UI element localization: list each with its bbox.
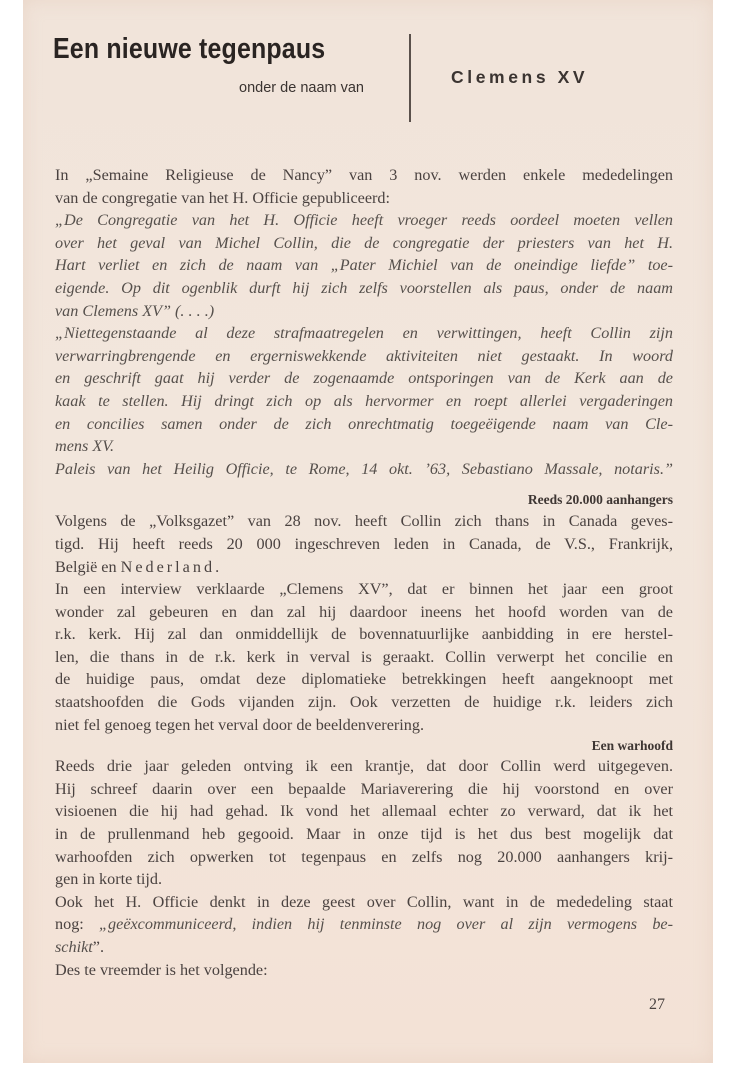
text-line: gen in korte tijd. [55,868,673,891]
article-name-title: Clemens XV [451,67,588,88]
spaced-country-name: Nederland [121,558,215,576]
article-header: Een nieuwe tegenpaus onder de naam van C… [23,0,713,140]
intro-paragraph: In „Semaine Religieuse de Nancy” van 3 n… [55,164,673,209]
text-line: van de congregatie van het H. Officie ge… [55,187,673,210]
text-line: tigd. Hij heeft reeds 20 000 ingeschreve… [55,533,673,556]
text-line: Hij schreef daarin over een bepaalde Mar… [55,778,673,801]
quoted-text: „geëxcommuniceerd, indien hij tenminste … [99,915,673,933]
text-line: „Niettegenstaande al deze strafmaatregel… [55,322,673,345]
quote-paragraph-1: „De Congregatie van het H. Officie heeft… [55,209,673,322]
article-body: In „Semaine Religieuse de Nancy” van 3 n… [55,164,673,981]
text-line: Volgens de „Volksgazet” van 28 nov. heef… [55,510,673,533]
text-line: schikt”. [55,936,673,959]
header-divider [409,34,411,122]
text-line: nog: „geëxcommuniceerd, indien hij tenmi… [55,913,673,936]
text-line: eigende. Op dit ogenblik durft hij zich … [55,277,673,300]
text-line: warhoofden zich opwerken tot tegenpaus e… [55,846,673,869]
text-line: en concilies samen onder de zich onrecht… [55,413,673,436]
text-line: wonder zal gebeuren en dan zal hij daard… [55,601,673,624]
magazine-page: Een nieuwe tegenpaus onder de naam van C… [23,0,713,1063]
text-line: Des te vreemder is het volgende: [55,959,673,982]
text-line: staatshoofden die Gods vijanden zijn. Oo… [55,691,673,714]
text-line: Hart verliet en zich de naam van „Pater … [55,254,673,277]
text-line: r.k. kerk. Hij zal dan onmiddellijk de b… [55,623,673,646]
text-line: verwarringbrengende en ergerniswekkende … [55,345,673,368]
warhoofd-paragraph-1: Reeds drie jaar geleden ontving ik een k… [55,755,673,891]
text-line: mens XV. [55,435,673,458]
text-fragment: nog: [55,915,99,933]
text-line: len, die thans in de r.k. kerk in verval… [55,646,673,669]
text-line: In een interview verklaarde „Clemens XV”… [55,578,673,601]
text-line: in de prullenmand heb gegooid. Maar in o… [55,823,673,846]
text-line: Ook het H. Officie denkt in deze geest o… [55,891,673,914]
section-heading-aanhangers: Reeds 20.000 aanhangers [55,490,673,510]
article-title: Een nieuwe tegenpaus [53,33,325,66]
quote-paragraph-2: „Niettegenstaande al deze strafmaatregel… [55,322,673,458]
aanhangers-paragraph-2: In een interview verklaarde „Clemens XV”… [55,578,673,736]
section-heading-warhoofd: Een warhoofd [55,736,673,755]
aanhangers-paragraph-1: Volgens de „Volksgazet” van 28 nov. heef… [55,510,673,578]
article-subtitle: onder de naam van [193,80,364,96]
closing-paragraph: Des te vreemder is het volgende: [55,959,673,982]
text-line: en geschrift gaat hij verder de zogenaam… [55,367,673,390]
text-fragment: België en [55,558,121,576]
text-line: „De Congregatie van het H. Officie heeft… [55,209,673,232]
text-fragment: ”. [93,938,104,956]
text-line: visioenen die hij had gehad. Ik vond het… [55,800,673,823]
text-line: België en Nederland. [55,556,673,579]
text-line: Reeds drie jaar geleden ontving ik een k… [55,755,673,778]
text-line: de huidige paus, omdat deze diplomatieke… [55,668,673,691]
text-line: van Clemens XV” (. . . .) [55,300,673,323]
text-line: Paleis van het Heilig Officie, te Rome, … [55,458,673,481]
text-line: kaak te stellen. Hij dringt zich op als … [55,390,673,413]
text-fragment: . [215,558,219,576]
quote-signature: Paleis van het Heilig Officie, te Rome, … [55,458,673,481]
page-number: 27 [649,996,665,1014]
quoted-text: schikt [55,938,93,956]
text-line: over het geval van Michel Collin, die de… [55,232,673,255]
warhoofd-paragraph-2: Ook het H. Officie denkt in deze geest o… [55,891,673,959]
text-line: niet fel genoeg tegen het verval door de… [55,714,673,737]
text-line: In „Semaine Religieuse de Nancy” van 3 n… [55,164,673,187]
